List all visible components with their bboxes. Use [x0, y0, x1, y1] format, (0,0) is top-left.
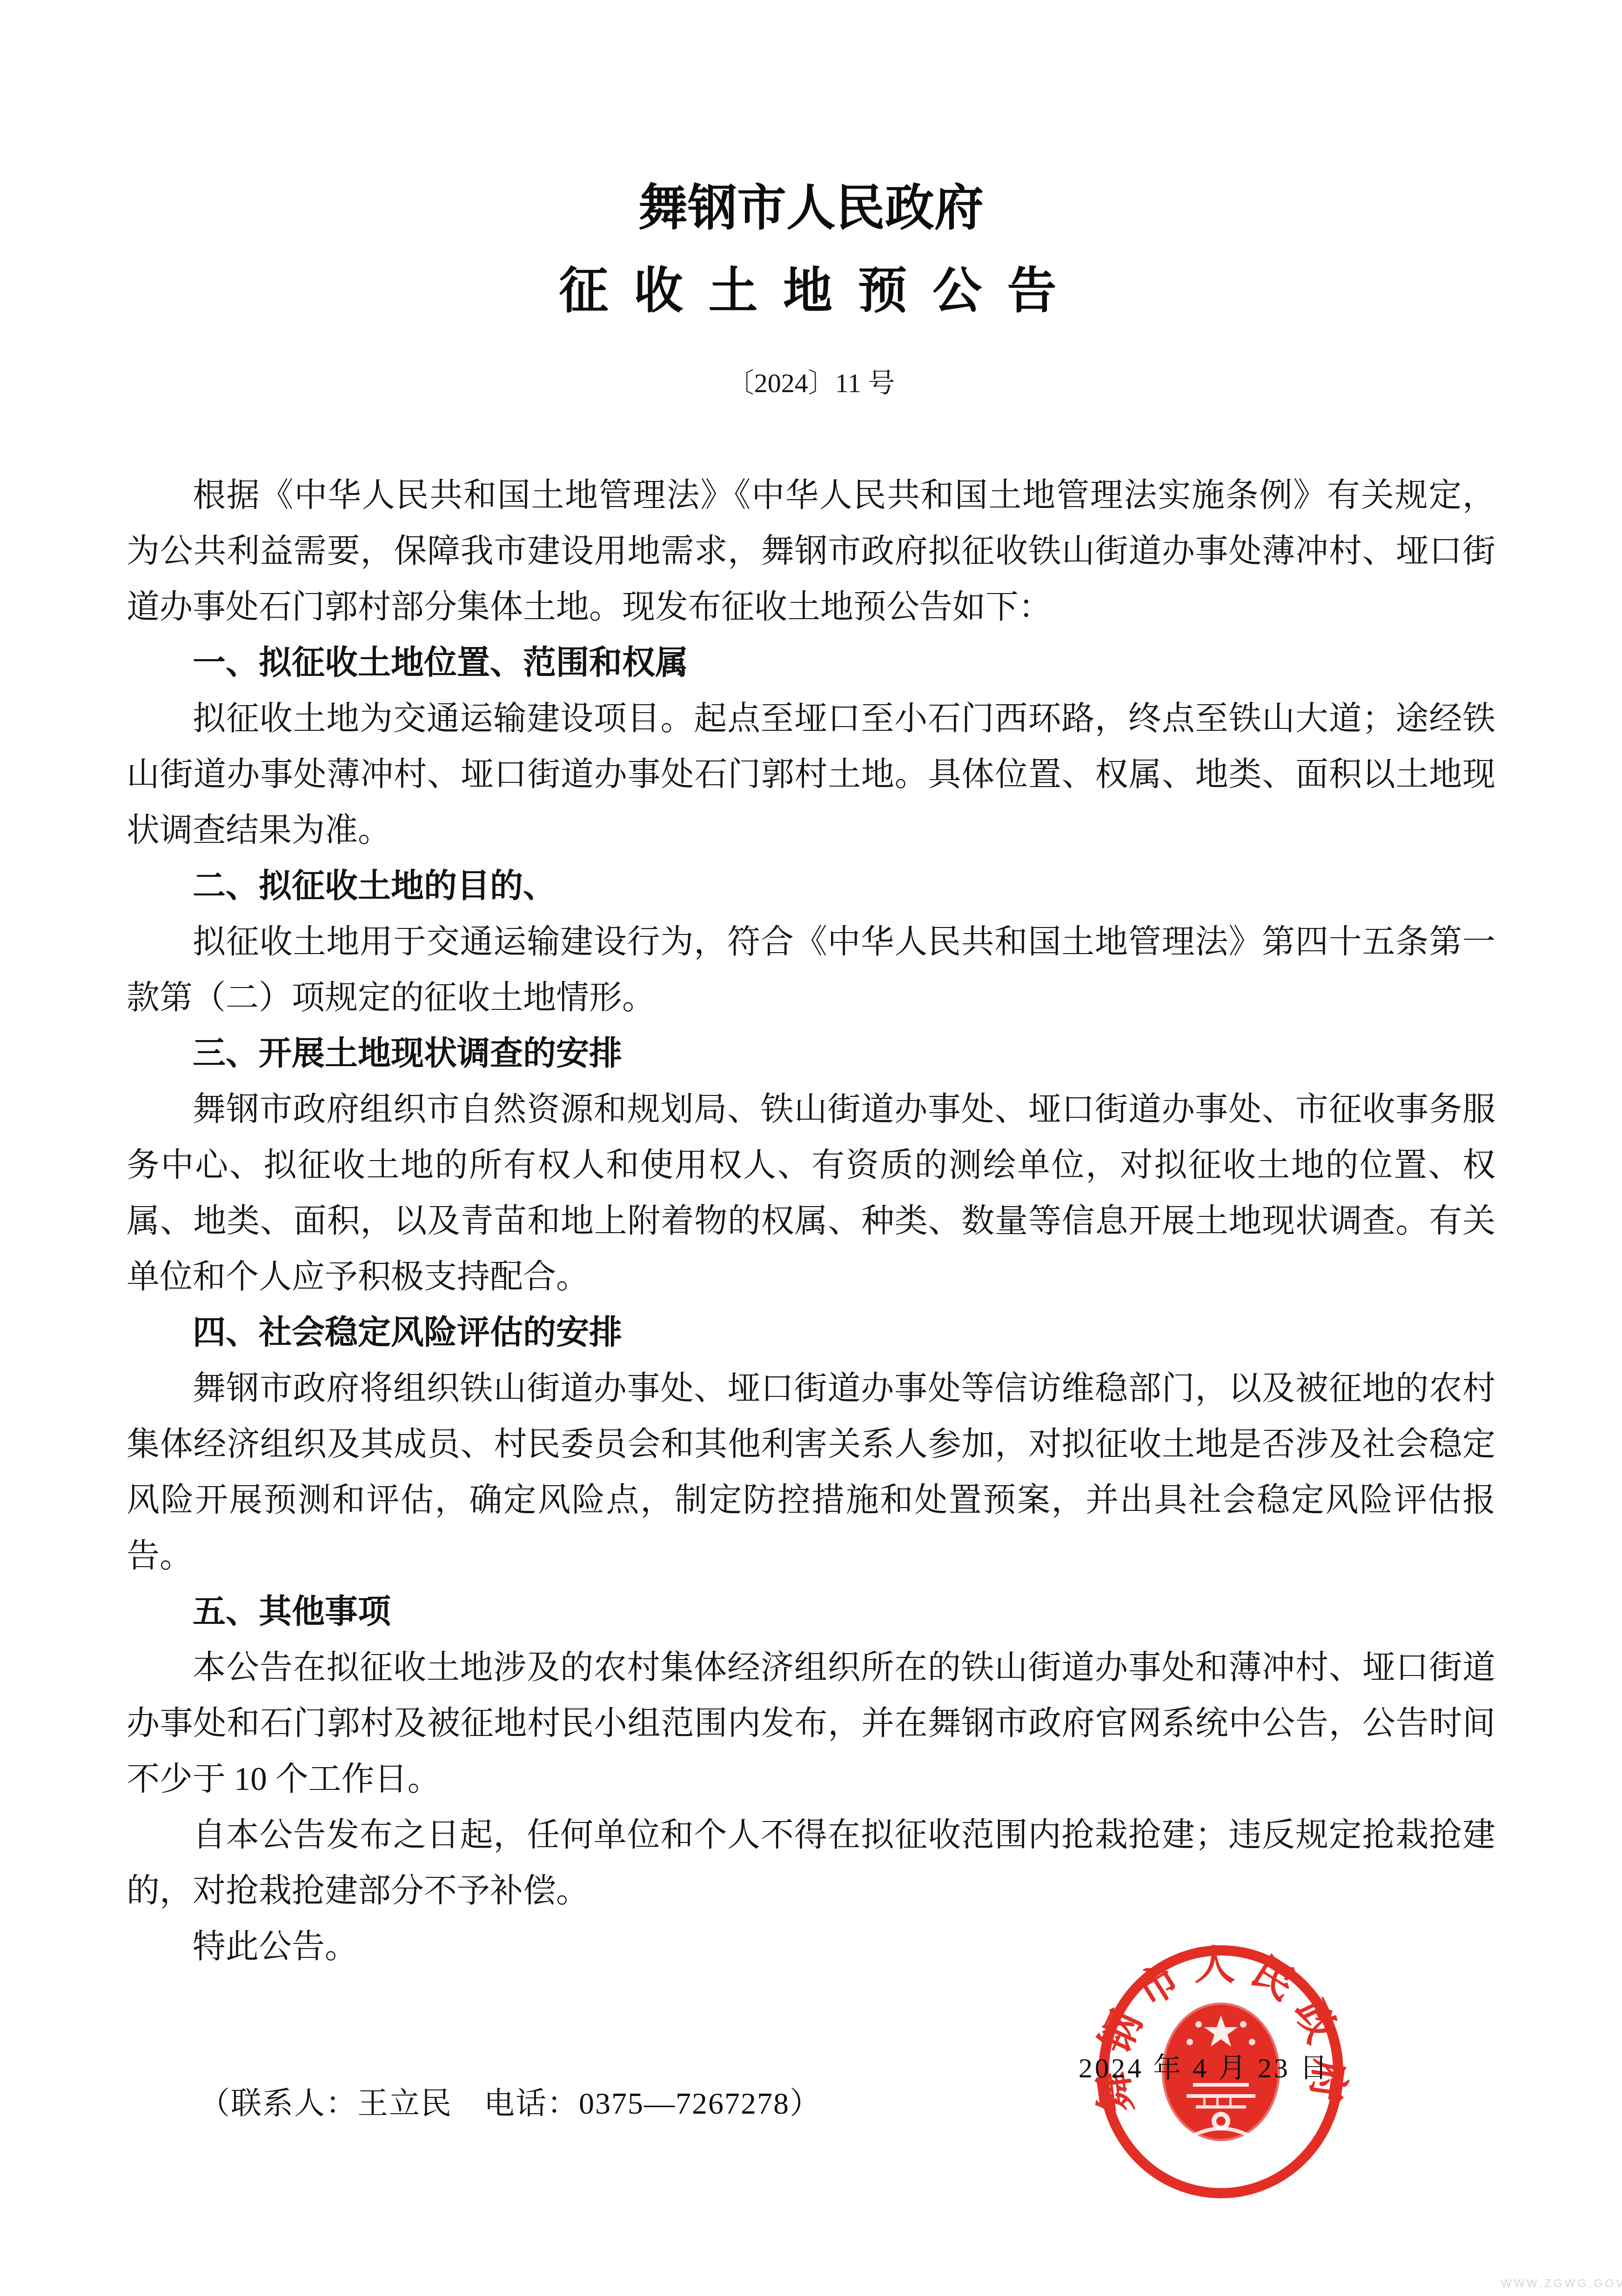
document-title: 征 收 土 地 预 公 告 [0, 265, 1622, 317]
section-3-body: 舞钢市政府组织市自然资源和规划局、铁山街道办事处、垭口街道办事处、市征收事务服务… [127, 1081, 1495, 1305]
document-number: 〔2024〕11 号 [0, 368, 1622, 398]
issuer-title: 舞钢市人民政府 [0, 182, 1622, 234]
site-watermark: WWW.ZGWG.GOV.CN [1501, 2277, 1622, 2290]
section-1-heading: 一、拟征收土地位置、范围和权属 [127, 635, 1495, 691]
document-body: 根据《中华人民共和国土地管理法》《中华人民共和国土地管理法实施条例》有关规定，为… [127, 467, 1495, 1975]
section-4-body: 舞钢市政府将组织铁山街道办事处、垭口街道办事处等信访维稳部门，以及被征地的农村集… [127, 1361, 1495, 1584]
section-5-heading: 五、其他事项 [127, 1584, 1495, 1640]
contact-info: （联系人：王立民 电话：0375—7267278） [199, 2078, 821, 2122]
document-header: 舞钢市人民政府 征 收 土 地 预 公 告 〔2024〕11 号 [0, 182, 1622, 398]
section-5-body-1: 本公告在拟征收土地涉及的农村集体经济组织所在的铁山街道办事处和薄冲村、垭口街道办… [127, 1640, 1495, 1807]
section-1-body: 拟征收土地为交通运输建设项目。起点至垭口至小石门西环路，终点至铁山大道；途经铁山… [127, 691, 1495, 858]
section-4-heading: 四、社会稳定风险评估的安排 [127, 1305, 1495, 1361]
section-2-heading: 二、拟征收土地的目的、 [127, 858, 1495, 914]
intro-paragraph: 根据《中华人民共和国土地管理法》《中华人民共和国土地管理法实施条例》有关规定，为… [127, 467, 1495, 635]
section-3-heading: 三、开展土地现状调查的安排 [127, 1026, 1495, 1081]
section-2-body: 拟征收土地用于交通运输建设行为，符合《中华人民共和国土地管理法》第四十五条第一款… [127, 914, 1495, 1026]
section-5-body-2: 自本公告发布之日起，任何单位和个人不得在拟征收范围内抢栽抢建；违反规定抢栽抢建的… [127, 1807, 1495, 1919]
issue-date: 2024 年 4 月 23 日 [1079, 2046, 1330, 2086]
announcement-page: 舞钢市人民政府 征 收 土 地 预 公 告 〔2024〕11 号 根据《中华人民… [0, 0, 1622, 2296]
